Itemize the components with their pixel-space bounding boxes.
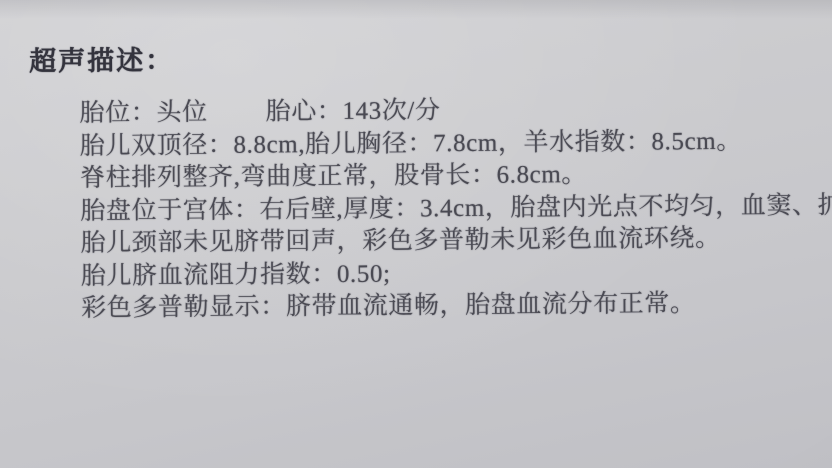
ultrasound-report-photo: 超声描述： 胎位：头位 胎心：143次/分 胎儿双顶径：8.8cm,胎儿胸径：7… xyxy=(0,0,832,468)
report-heading: 超声描述： xyxy=(29,40,831,76)
report-line: 胎儿颈部未见脐带回声，彩色多普勒未见彩色血流环绕。 xyxy=(81,222,832,260)
report-line: 胎儿双顶径：8.8cm,胎儿胸径：7.8cm，羊水指数：8.5cm。 xyxy=(80,125,832,163)
report-text-block: 超声描述： 胎位：头位 胎心：143次/分 胎儿双顶径：8.8cm,胎儿胸径：7… xyxy=(0,0,832,326)
report-body: 胎位：头位 胎心：143次/分 胎儿双顶径：8.8cm,胎儿胸径：7.8cm，羊… xyxy=(79,92,832,325)
report-line: 彩色多普勒显示：脐带血流通畅，胎盘血流分布正常。 xyxy=(81,287,832,325)
